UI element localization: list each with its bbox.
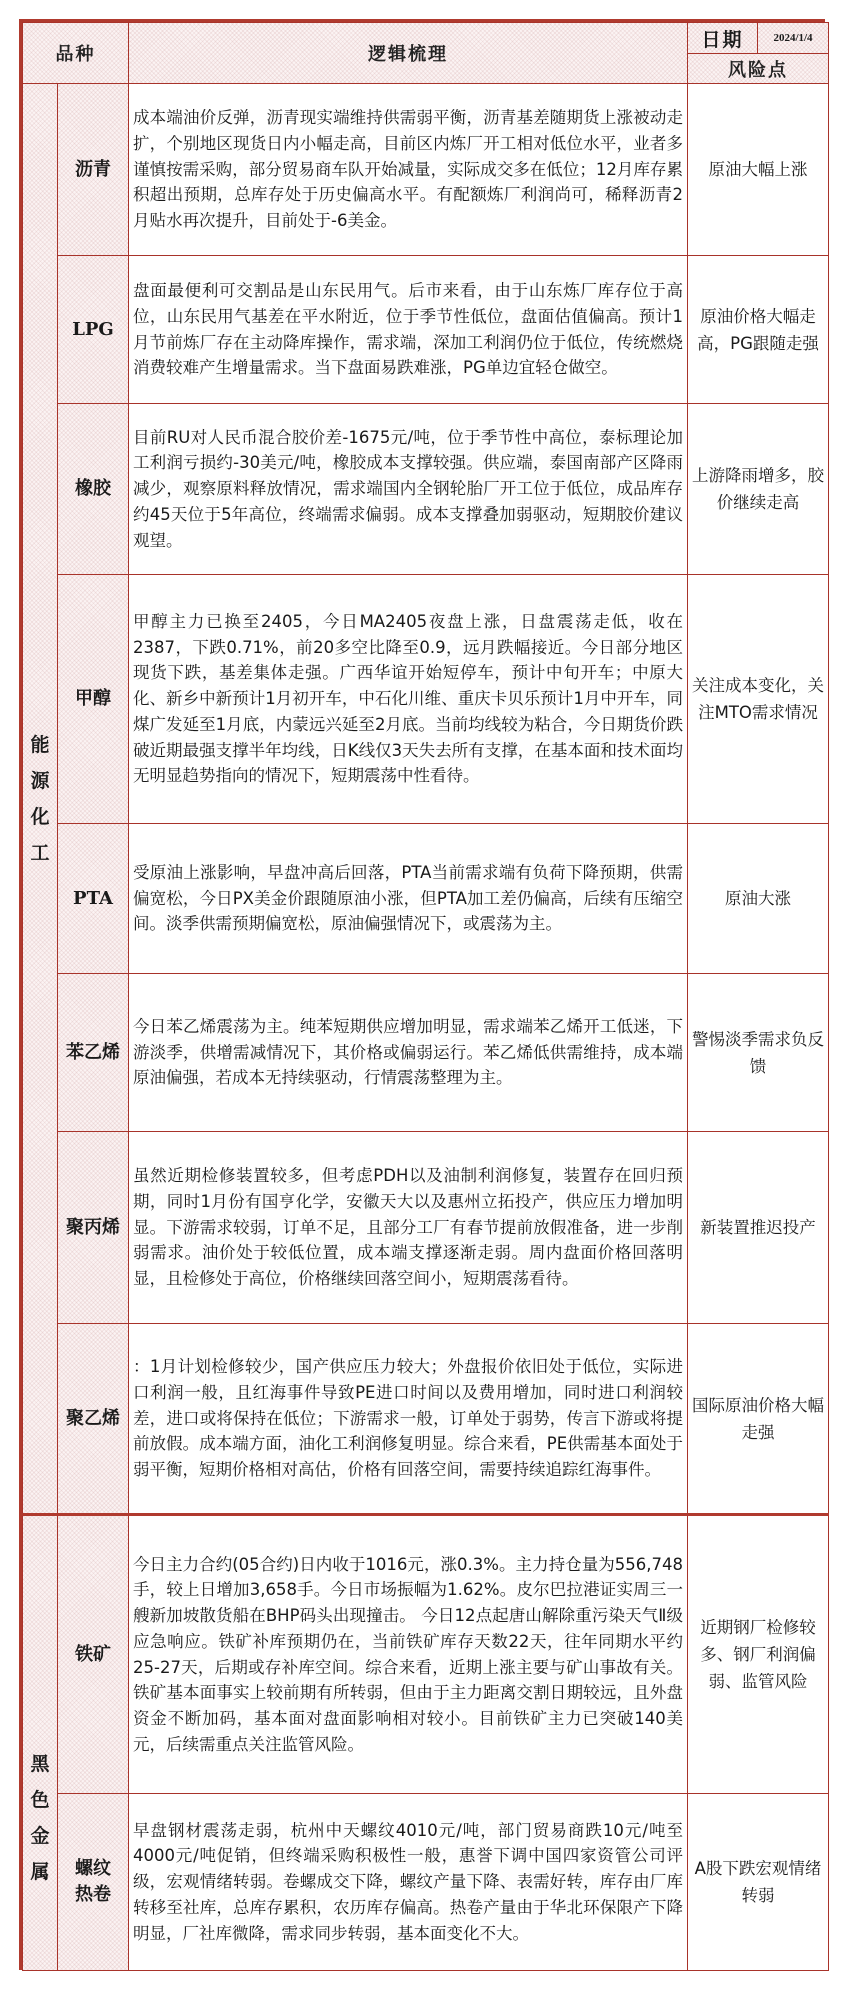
table-row: 橡胶 目前RU对人民币混合胶价差-1675元/吨，位于季节性中高位，泰标理论加工…: [23, 404, 829, 575]
category-label: 能源化工: [31, 727, 50, 871]
table-row: PTA 受原油上涨影响，早盘冲高后回落，PTA当前需求端有负荷下降预期，供需偏宽…: [23, 824, 829, 974]
variety-cell: 甲醇: [58, 575, 129, 824]
risk-cell: 警惕淡季需求负反馈: [688, 974, 829, 1132]
variety-cell: 螺纹热卷: [58, 1794, 129, 1971]
table-row: 苯乙烯 今日苯乙烯震荡为主。纯苯短期供应增加明显，需求端苯乙烯开工低迷，下游淡季…: [23, 974, 829, 1132]
category-energy-chem: 能源化工: [23, 84, 58, 1515]
header-variety: 品种: [23, 23, 129, 84]
logic-cell: 受原油上涨影响，早盘冲高后回落，PTA当前需求端有负荷下降预期，供需偏宽松，今日…: [129, 824, 688, 974]
table-row: 聚丙烯 虽然近期检修装置较多，但考虑PDH以及油制利润修复，装置存在回归预期，同…: [23, 1132, 829, 1324]
logic-cell: ：1月计划检修较少，国产供应压力较大；外盘报价依旧处于低位，实际进口利润一般，且…: [129, 1324, 688, 1515]
risk-cell: A股下跌宏观情绪转弱: [688, 1794, 829, 1971]
logic-cell: 甲醇主力已换至2405，今日MA2405夜盘上涨，日盘震荡走低，收在2387，下…: [129, 575, 688, 824]
table-row: LPG 盘面最便利可交割品是山东民用气。后市来看，由于山东炼厂库存位于高位，山东…: [23, 256, 829, 404]
category-label: 黑色金属: [31, 1596, 50, 1890]
header-risk: 风险点: [688, 54, 829, 84]
risk-cell: 新装置推迟投产: [688, 1132, 829, 1324]
table-row: 聚乙烯 ：1月计划检修较少，国产供应压力较大；外盘报价依旧处于低位，实际进口利润…: [23, 1324, 829, 1515]
table-row: 能源化工 沥青 成本端油价反弹，沥青现实端维持供需弱平衡，沥青基差随期货上涨被动…: [23, 84, 829, 256]
logic-cell: 今日苯乙烯震荡为主。纯苯短期供应增加明显，需求端苯乙烯开工低迷，下游淡季，供增需…: [129, 974, 688, 1132]
header-date-label: 日期: [688, 23, 758, 54]
variety-cell: 沥青: [58, 84, 129, 256]
table-row: 螺纹热卷 早盘钢材震荡走弱，杭州中天螺纹4010元/吨，部门贸易商跌10元/吨至…: [23, 1794, 829, 1971]
risk-cell: 关注成本变化，关注MTO需求情况: [688, 575, 829, 824]
variety-cell: 橡胶: [58, 404, 129, 575]
variety-cell: PTA: [58, 824, 129, 974]
logic-cell: 虽然近期检修装置较多，但考虑PDH以及油制利润修复，装置存在回归预期，同时1月份…: [129, 1132, 688, 1324]
strategy-table: 品种 逻辑梳理 日期 2024/1/4 风险点 能源化工 沥青 成本端油价反弹，…: [19, 19, 825, 1970]
risk-cell: 近期钢厂检修较多、钢厂利润偏弱、监管风险: [688, 1515, 829, 1794]
risk-cell: 原油大涨: [688, 824, 829, 974]
logic-cell: 成本端油价反弹，沥青现实端维持供需弱平衡，沥青基差随期货上涨被动走扩，个别地区现…: [129, 84, 688, 256]
logic-cell: 目前RU对人民币混合胶价差-1675元/吨，位于季节性中高位，泰标理论加工利润亏…: [129, 404, 688, 575]
category-ferrous-metals: 黑色金属: [23, 1515, 58, 1971]
logic-cell: 早盘钢材震荡走弱，杭州中天螺纹4010元/吨，部门贸易商跌10元/吨至4000元…: [129, 1794, 688, 1971]
variety-cell: 铁矿: [58, 1515, 129, 1794]
risk-cell: 原油价格大幅走高，PG跟随走强: [688, 256, 829, 404]
variety-cell: 聚乙烯: [58, 1324, 129, 1515]
risk-cell: 上游降雨增多，胶价继续走高: [688, 404, 829, 575]
table-row: 黑色金属 铁矿 今日主力合约(05合约)日内收于1016元，涨0.3%。主力持仓…: [23, 1515, 829, 1794]
logic-cell: 今日主力合约(05合约)日内收于1016元，涨0.3%。主力持仓量为556,74…: [129, 1515, 688, 1794]
risk-cell: 原油大幅上涨: [688, 84, 829, 256]
header-logic: 逻辑梳理: [129, 23, 688, 84]
variety-cell: 苯乙烯: [58, 974, 129, 1132]
table-row: 甲醇 甲醇主力已换至2405，今日MA2405夜盘上涨，日盘震荡走低，收在238…: [23, 575, 829, 824]
logic-cell: 盘面最便利可交割品是山东民用气。后市来看，由于山东炼厂库存位于高位，山东民用气基…: [129, 256, 688, 404]
variety-cell: 聚丙烯: [58, 1132, 129, 1324]
header-date-value: 2024/1/4: [758, 23, 829, 54]
risk-cell: 国际原油价格大幅走强: [688, 1324, 829, 1515]
variety-label: 螺纹热卷: [73, 1856, 113, 1908]
variety-cell: LPG: [58, 256, 129, 404]
